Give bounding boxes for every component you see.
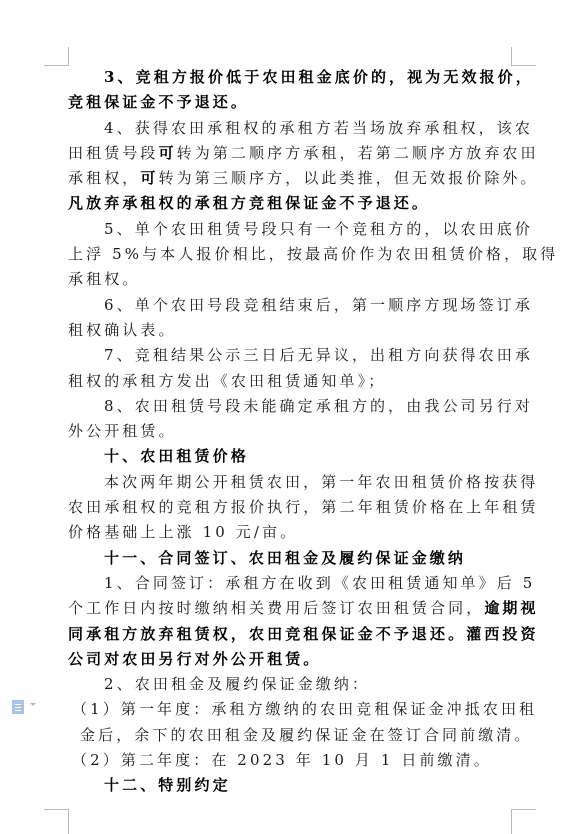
chevron-down-icon[interactable] xyxy=(30,703,36,706)
text-run: 个工作日内按时缴纳相关费用后签订农田租赁合同， xyxy=(68,599,484,617)
text-run: 金后，余下的农田租金及履约保证金在签订合同前缴清。 xyxy=(80,726,533,744)
text-line: 1、合同签订：承租方在收到《农田租赁通知单》后 5 xyxy=(68,571,512,596)
bold-text-run: 3、竞租方报价低于农田租金底价的，视为无效报价， xyxy=(104,68,534,86)
text-line: 6、单个农田号段竞租结束后，第一顺序方现场签订承 xyxy=(68,293,512,318)
page-corner-mark-bottom-right xyxy=(511,809,536,834)
text-run: 本次两年期公开租赁农田，第一年农田租赁价格按获得 xyxy=(104,473,538,491)
paste-options-icon[interactable] xyxy=(12,700,24,714)
text-line: 承租权，可转为第三顺序方，以此类推，但无效报价除外。 xyxy=(68,166,512,191)
bold-text-run: 可 xyxy=(159,144,177,162)
text-run: （2）第二年度：在 2023 年 10 月 1 日前缴清。 xyxy=(72,751,492,769)
text-line: 租权确认表。 xyxy=(68,318,512,343)
text-line: 个工作日内按时缴纳相关费用后签订农田租赁合同，逾期视 xyxy=(68,596,512,621)
text-run: （1）第一年度：承租方缴纳的农田竞租保证金冲抵农田租 xyxy=(72,700,537,718)
text-line: 十、农田租赁价格 xyxy=(68,444,512,469)
bold-text-run: 同承租方放弃租赁权，农田竞租保证金不予退还。灌西投资 xyxy=(68,625,539,643)
text-run: 转为第二顺序方承租，若第二顺序方放弃农田 xyxy=(177,144,539,162)
text-run: 5、单个农田租赁号段只有一个竞租方的，以农田底价 xyxy=(104,220,533,238)
text-line: 2、农田租金及履约保证金缴纳： xyxy=(68,672,512,697)
text-run: 租权确认表。 xyxy=(68,321,177,339)
text-line: 租权的承租方发出《农田租赁通知单》； xyxy=(68,369,512,394)
text-line: 金后，余下的农田租金及履约保证金在签订合同前缴清。 xyxy=(68,723,512,748)
text-run: 转为第三顺序方，以此类推，但无效报价除外。 xyxy=(159,169,539,187)
text-run: 承租权， xyxy=(68,169,140,187)
text-run: 外公开租赁。 xyxy=(68,422,177,440)
bold-text-run: 竞租保证金不予退还。 xyxy=(68,93,249,111)
text-run: 价格基础上上涨 10 元/亩。 xyxy=(68,523,298,541)
text-line: 田租赁号段可转为第二顺序方承租，若第二顺序方放弃农田 xyxy=(68,141,512,166)
text-run: 6、单个农田号段竞租结束后，第一顺序方现场签订承 xyxy=(104,296,533,314)
bold-text-run: 可 xyxy=(140,169,158,187)
bold-text-run: 十二、特别约定 xyxy=(104,776,231,794)
text-line: 公司对农田另行对外公开租赁。 xyxy=(68,647,512,672)
text-line: 价格基础上上涨 10 元/亩。 xyxy=(68,520,512,545)
text-line: 承租权。 xyxy=(68,267,512,292)
text-run: 农田承租权的竞租方报价执行，第二年租赁价格在上年租赁 xyxy=(68,498,539,516)
text-line: 本次两年期公开租赁农田，第一年农田租赁价格按获得 xyxy=(68,470,512,495)
bold-text-run: 十、农田租赁价格 xyxy=(104,447,249,465)
text-line: 上浮 5%与本人报价相比，按最高价作为农田租赁价格，取得 xyxy=(68,242,512,267)
text-run: 2、农田租金及履约保证金缴纳： xyxy=(104,675,370,693)
bold-text-run: 十一、合同签订、农田租金及履约保证金缴纳 xyxy=(104,549,466,567)
page-corner-mark-top-right xyxy=(511,47,536,66)
text-line: 4、获得农田承租权的承租方若当场放弃承租权，该农 xyxy=(68,116,512,141)
text-line: 十一、合同签订、农田租金及履约保证金缴纳 xyxy=(68,546,512,571)
text-line: 7、竞租结果公示三日后无异议，出租方向获得农田承 xyxy=(68,343,512,368)
text-line: 凡放弃承租权的承租方竞租保证金不予退还。 xyxy=(68,191,512,216)
bold-text-run: 公司对农田另行对外公开租赁。 xyxy=(68,650,321,668)
text-line: 3、竞租方报价低于农田租金底价的，视为无效报价， xyxy=(68,65,512,90)
text-line: 5、单个农田租赁号段只有一个竞租方的，以农田底价 xyxy=(68,217,512,242)
text-line: （1）第一年度：承租方缴纳的农田竞租保证金冲抵农田租 xyxy=(68,697,512,722)
text-run: 田租赁号段 xyxy=(68,144,159,162)
bold-text-run: 逾期视 xyxy=(484,599,538,617)
text-run: 承租权。 xyxy=(68,270,140,288)
text-run: 1、合同签订：承租方在收到《农田租赁通知单》后 5 xyxy=(104,574,535,592)
text-run: 8、农田租赁号段未能确定承租方的，由我公司另行对 xyxy=(104,397,533,415)
text-line: 8、农田租赁号段未能确定承租方的，由我公司另行对 xyxy=(68,394,512,419)
text-line: 十二、特别约定 xyxy=(68,773,512,798)
text-run: 上浮 5%与本人报价相比，按最高价作为农田租赁价格，取得 xyxy=(68,245,558,263)
text-run: 租权的承租方发出《农田租赁通知单》； xyxy=(68,372,386,390)
text-line: 农田承租权的竞租方报价执行，第二年租赁价格在上年租赁 xyxy=(68,495,512,520)
text-line: 竞租保证金不予退还。 xyxy=(68,90,512,115)
text-line: 外公开租赁。 xyxy=(68,419,512,444)
page-corner-mark-top-left xyxy=(44,47,69,66)
text-line: 同承租方放弃租赁权，农田竞租保证金不予退还。灌西投资 xyxy=(68,622,512,647)
bold-text-run: 凡放弃承租权的承租方竞租保证金不予退还。 xyxy=(68,194,430,212)
text-run: 4、获得农田承租权的承租方若当场放弃承租权，该农 xyxy=(104,119,533,137)
text-line: （2）第二年度：在 2023 年 10 月 1 日前缴清。 xyxy=(68,748,512,773)
text-run: 7、竞租结果公示三日后无异议，出租方向获得农田承 xyxy=(104,346,533,364)
document-page[interactable]: 3、竞租方报价低于农田租金底价的，视为无效报价，竞租保证金不予退还。4、获得农田… xyxy=(68,65,512,799)
page-corner-mark-bottom-left xyxy=(44,809,69,834)
